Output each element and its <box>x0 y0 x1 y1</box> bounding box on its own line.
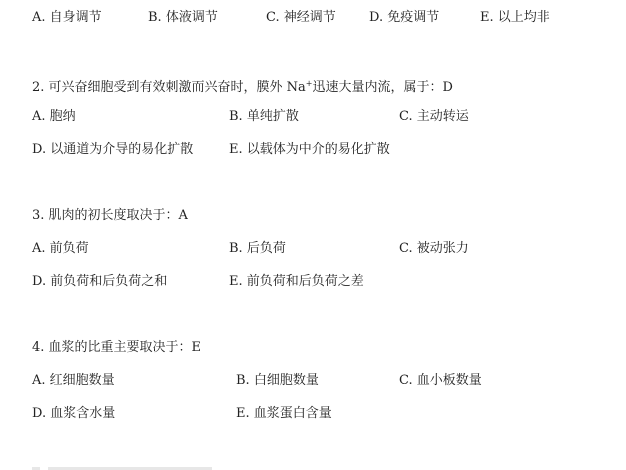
q2-option-c: C. 主动转运 <box>399 108 469 126</box>
q4-option-d: D. 血浆含水量 <box>32 405 115 423</box>
q1-option-a: A. 自身调节 <box>32 9 102 27</box>
q1-option-c: C. 神经调节 <box>266 9 336 27</box>
q3-option-b: B. 后负荷 <box>229 240 286 258</box>
q2-option-b: B. 单纯扩散 <box>229 108 299 126</box>
q3-option-c: C. 被动张力 <box>399 240 469 258</box>
q2-stem-text: 2. 可兴奋细胞受到有效刺激而兴奋时，膜外 Na <box>32 80 306 95</box>
q2-stem-superscript: + <box>306 79 313 88</box>
q2-option-e: E. 以载体为中介的易化扩散 <box>229 141 390 159</box>
q1-option-d: D. 免疫调节 <box>369 9 439 27</box>
q2-option-d: D. 以通道为介导的易化扩散 <box>32 141 193 159</box>
q1-option-e: E. 以上均非 <box>480 9 550 27</box>
q4-option-a: A. 红细胞数量 <box>32 372 115 390</box>
q2-option-a: A. 胞纳 <box>32 108 76 126</box>
q4-stem: 4. 血浆的比重主要取决于：E <box>32 339 201 357</box>
q3-option-d: D. 前负荷和后负荷之和 <box>32 273 167 291</box>
q4-option-e: E. 血浆蛋白含量 <box>236 405 332 423</box>
q3-option-e: E. 前负荷和后负荷之差 <box>229 273 364 291</box>
q1-option-b: B. 体液调节 <box>148 9 218 27</box>
q4-option-c: C. 血小板数量 <box>399 372 482 390</box>
q3-stem: 3. 肌肉的初长度取决于：A <box>32 207 188 225</box>
next-question-cutoff <box>32 464 212 470</box>
q2-stem: 2. 可兴奋细胞受到有效刺激而兴奋时，膜外 Na+迅速大量内流，属于：D <box>32 75 453 93</box>
q4-option-b: B. 白细胞数量 <box>236 372 319 390</box>
q3-option-a: A. 前负荷 <box>32 240 89 258</box>
q2-stem-text-end: 迅速大量内流，属于：D <box>313 80 453 95</box>
